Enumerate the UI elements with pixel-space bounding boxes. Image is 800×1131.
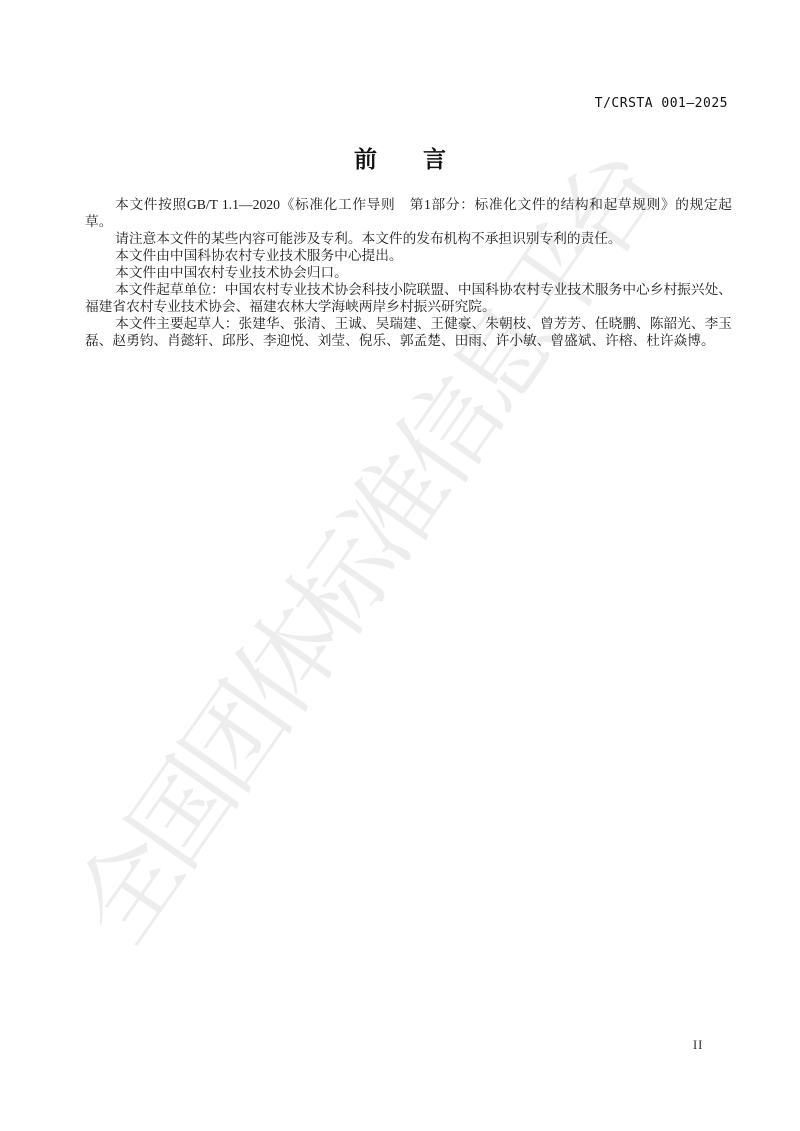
foreword-paragraph-main-drafters: 本文件主要起草人：张建华、张清、王诚、吴瑞建、王健豪、朱朝枝、曾芳芳、任晓鹏、陈… [85,315,732,349]
foreword-paragraph-patent-notice: 请注意本文件的某些内容可能涉及专利。本文件的发布机构不承担识别专利的责任。 [85,230,732,247]
standard-number: T/CRSTA 001—2025 [595,96,728,111]
foreword-paragraph-drafting-units: 本文件起草单位：中国农村专业技术协会科技小院联盟、中国科协农村专业技术服务中心乡… [85,281,732,315]
page-number: II [693,1038,703,1053]
foreword-paragraph-drafting-rules: 本文件按照GB/T 1.1—2020《标准化工作导则 第1部分：标准化文件的结构… [85,196,732,230]
foreword-body: 本文件按照GB/T 1.1—2020《标准化工作导则 第1部分：标准化文件的结构… [85,196,732,349]
document-page: 全国团体标准信息平台 T/CRSTA 001—2025 前 言 本文件按照GB/… [0,0,800,1131]
foreword-title: 前 言 [0,141,800,174]
foreword-paragraph-proposed-by: 本文件由中国科协农村专业技术服务中心提出。 [85,247,732,264]
foreword-paragraph-under-jurisdiction: 本文件由中国农村专业技术协会归口。 [85,264,732,281]
